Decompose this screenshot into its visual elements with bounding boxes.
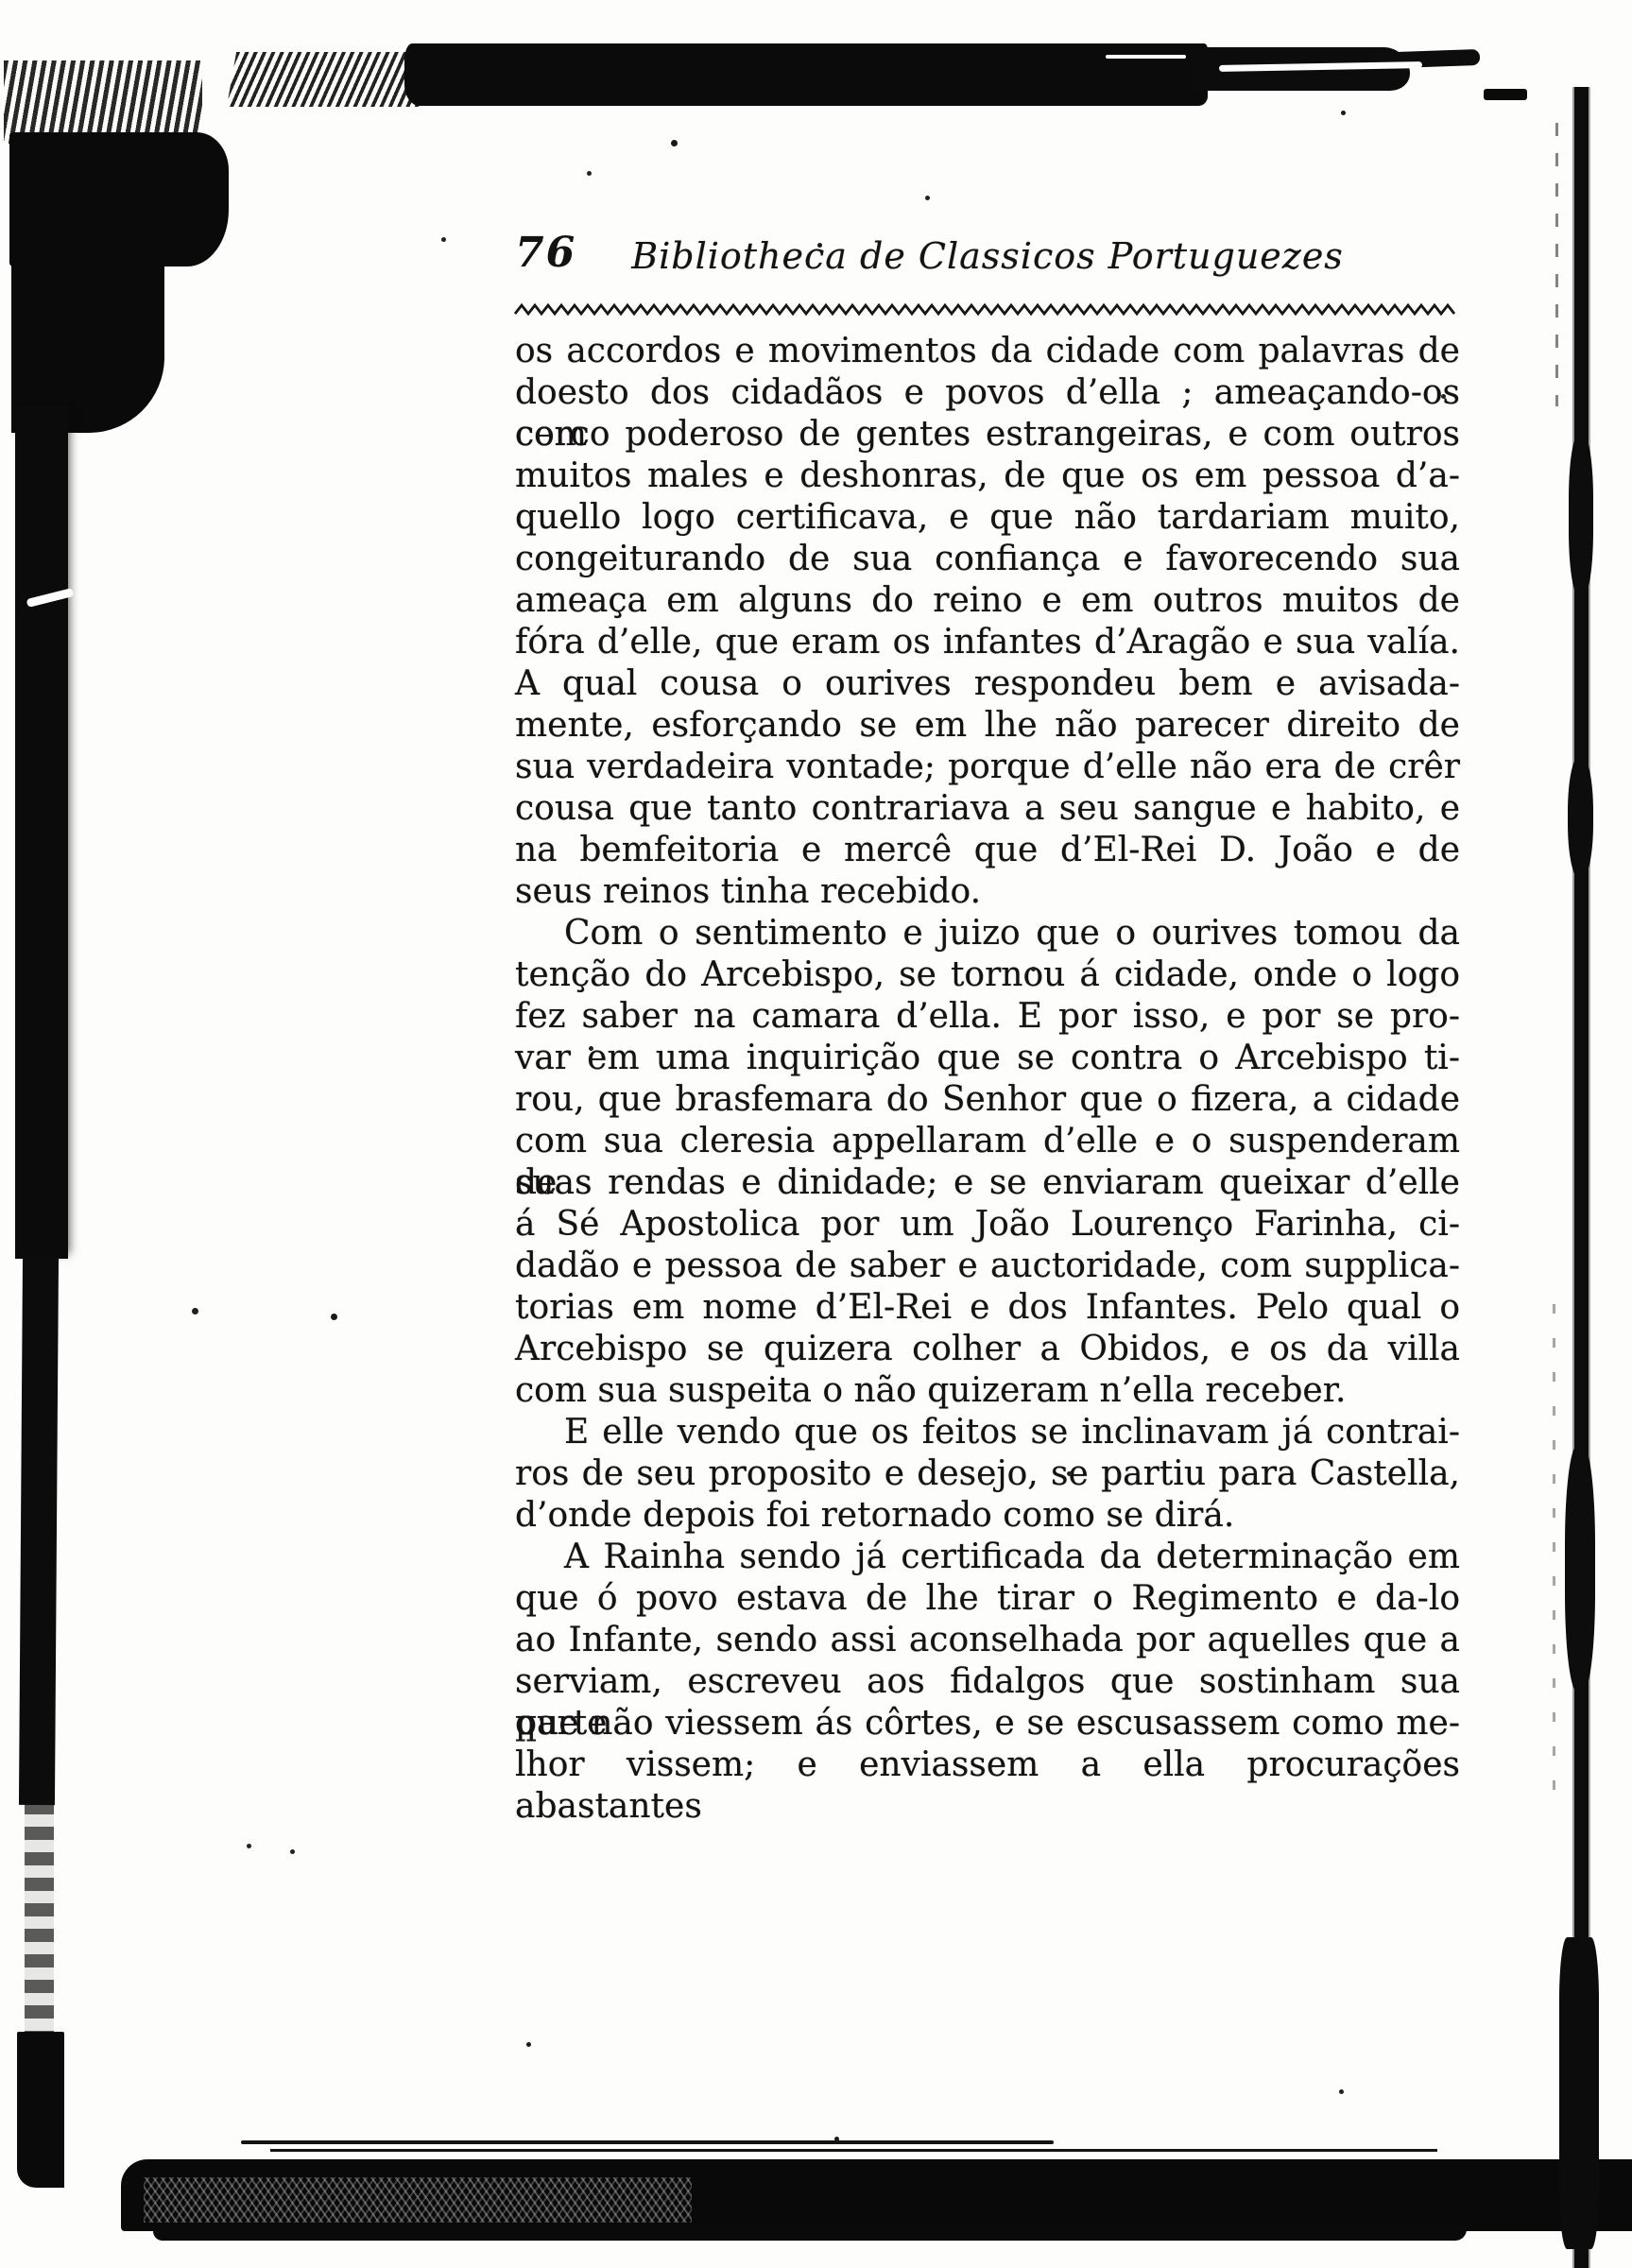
text-line: fóra d’elle, que eram os infantes d’Arag… — [515, 622, 1460, 663]
text-line: os accordos e movimentos da cidade com p… — [515, 331, 1460, 372]
text-line: á Sé Apostolica por um João Lourenço Far… — [515, 1204, 1460, 1246]
text-line: var em uma inquirição que se contra o Ar… — [515, 1038, 1460, 1079]
scan-smear-white-streak2 — [1106, 55, 1186, 59]
text-line: cerco poderoso de gentes estrangeiras, e… — [515, 414, 1460, 455]
scan-blob-left-hatch — [4, 60, 202, 144]
text-line: dadão e pessoa de saber e auctoridade, c… — [515, 1246, 1460, 1287]
scan-smear-top-hatch — [227, 52, 430, 107]
text-line: ros de seu proposito e desejo, se partiu… — [515, 1453, 1460, 1495]
text-line: congeiturando de sua confiança e favorec… — [515, 539, 1460, 580]
text-line: Com o sentimento e juizo que o ourives t… — [515, 913, 1460, 954]
scan-band-bottom — [121, 2159, 1632, 2231]
scan-line-right-bulge-3 — [1565, 1446, 1595, 1692]
text-line: ameaça em alguns do reino e em outros mu… — [515, 580, 1460, 622]
scan-strip-left-fade — [25, 1801, 54, 2037]
text-line: com sua suspeita o não quizeram n’ella r… — [515, 1370, 1460, 1412]
text-line: lhor vissem; e enviassem a ella procuraç… — [515, 1744, 1460, 1786]
scan-line-right-bulge-4 — [1559, 1937, 1599, 2249]
scan-band-streak-1 — [241, 2140, 1054, 2144]
text-line: mente, esforçando se em lhe não parecer … — [515, 705, 1460, 747]
text-line: d’onde depois foi retornado como se dirá… — [515, 1495, 1460, 1537]
text-line: com sua cleresia appellaram d’elle e o s… — [515, 1121, 1460, 1162]
scanned-book-page: 76 Bibliotheca de Classicos Portuguezes … — [0, 0, 1632, 2268]
running-title: Bibliotheca de Classicos Portuguezes — [515, 238, 1460, 274]
scan-blob-left-mid — [11, 244, 164, 433]
wavy-rule-divider — [514, 301, 1461, 319]
scan-smear-white-streak — [1219, 61, 1422, 72]
scan-band-streak-2 — [270, 2149, 1437, 2152]
text-line: que ó povo estava de lhe tirar o Regimen… — [515, 1578, 1460, 1620]
text-line: suas rendas e dinidade; e se enviaram qu… — [515, 1162, 1460, 1204]
body-text-column: os accordos e movimentos da cidade com p… — [515, 331, 1460, 1786]
text-line: serviam, escreveu aos fidalgos que sosti… — [515, 1661, 1460, 1703]
scan-speckles — [0, 0, 3, 3]
text-line: tenção do Arcebispo, se tornou á cidade,… — [515, 954, 1460, 996]
text-line: A Rainha sendo já certificada da determi… — [515, 1537, 1460, 1578]
text-line: seus reinos tinha recebido. — [515, 871, 1460, 913]
scan-blob-white-nick — [26, 588, 75, 608]
scan-hairline-right-2 — [1553, 1304, 1555, 1795]
scan-smear-top — [404, 43, 1208, 106]
text-line: doesto dos cidadãos e povos d’ella ; ame… — [515, 372, 1460, 414]
text-line: rou, que brasfemara do Senhor que o fize… — [515, 1079, 1460, 1121]
scan-strip-left-bottom — [17, 2032, 64, 2188]
text-line: sua verdadeira vontade; porque d’elle nã… — [515, 747, 1460, 788]
text-line: na bemfeitoria e mercê que d’El-Rei D. J… — [515, 830, 1460, 871]
scan-smear-top-tail — [1368, 49, 1481, 69]
scan-line-right — [1574, 87, 1589, 2268]
scan-band-mesh-texture — [144, 2177, 692, 2223]
text-line: torias em nome d’El-Rei e dos Infantes. … — [515, 1287, 1460, 1329]
scan-band-bottom-edge — [153, 2226, 1467, 2241]
text-line: E elle vendo que os feitos se inclinavam… — [515, 1412, 1460, 1453]
text-line: fez saber na camara d’ella. E por isso, … — [515, 996, 1460, 1038]
scan-blob-left-column — [15, 406, 68, 1259]
scan-line-right-bulge-1 — [1569, 435, 1593, 595]
text-line: cousa que tanto contrariava a seu sangue… — [515, 788, 1460, 830]
text-line: quello logo certificava, e que não tarda… — [515, 497, 1460, 539]
scan-hairline-right-1 — [1555, 123, 1558, 406]
text-line: A qual cousa o ourives respondeu bem e a… — [515, 663, 1460, 705]
scan-smear-top-right — [1193, 47, 1410, 91]
scan-dash-top-right — [1484, 89, 1527, 100]
wavy-rule-path — [515, 305, 1454, 314]
scan-strip-left — [19, 1255, 59, 1805]
text-line: Arcebispo se quizera colher a Obidos, e … — [515, 1329, 1460, 1370]
text-line: muitos males e deshonras, de que os em p… — [515, 455, 1460, 497]
scan-blob-left-head — [9, 132, 229, 266]
text-line: ao Infante, sendo assi aconselhada por a… — [515, 1620, 1460, 1661]
text-line: que não viessem ás côrtes, e se escusass… — [515, 1703, 1460, 1744]
scan-line-right-bulge-2 — [1568, 756, 1593, 879]
